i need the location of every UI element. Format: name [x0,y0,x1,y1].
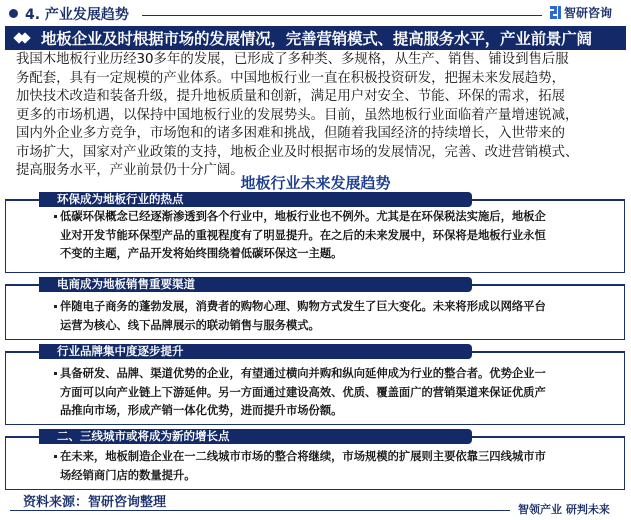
trends-subtitle: 地板行业未来发展趋势 [0,172,631,193]
intro-line: 国内外企业多方竞争，市场饱和的诸多困难和挑战，但随着我国经济的持续增长，入世带来… [16,125,621,144]
bullet-dot-icon [9,9,18,18]
trend-card-environmental: 环保成为地板行业的热点 低碳环保概念已经逐渐渗透到各个行业中，地板行业也不例外。… [5,199,625,273]
headline-banner: 地板企业及时根据市场的发展情况，完善营销模式、提高服务水平，产业前景广阔 [5,26,626,50]
bullet-icon [54,372,57,375]
bullet-icon [54,305,57,308]
trend-card-header: 二、三线城市或将成为新的增长点 [39,429,472,444]
trend-card-line: 方面可以向产业链上下游延伸。另一方面通过建设高效、优质、覆盖面广的营销渠道来保证… [54,384,594,403]
trend-card-line: 场经销商门店的数量提升。 [54,467,594,486]
double-diamond-icon [15,32,35,44]
trend-card-line: 不变的主题，产品开发将始终围绕着低碳环保这一主题。 [54,245,594,264]
trend-card-line: 业对开发节能环保型产品的重视程度有了明显提升。在之后的未来发展中，环保将是地板行… [54,227,594,246]
trend-card-body: 低碳环保概念已经逐渐渗透到各个行业中，地板行业也不例外。尤其是在环保税法实施后，… [54,208,594,264]
trend-card-line: 伴随电子商务的蓬勃发展，消费者的购物心理、购物方式发生了巨大变化。未来将形成以网… [60,300,546,313]
trend-card-line: 低碳环保概念已经逐渐渗透到各个行业中，地板行业也不例外。尤其是在环保税法实施后，… [60,210,546,223]
brand-logo-icon [550,6,561,19]
intro-paragraph: 我国木地板行业历经30多年的发展，已形成了多种类、多规格，从生产、销售、铺设到售… [16,51,621,181]
headline-text: 地板企业及时根据市场的发展情况，完善营销模式、提高服务水平，产业前景广阔 [41,27,592,49]
trend-card-title: 电商成为地板销售重要渠道 [57,277,195,292]
trend-card-header: 环保成为地板行业的热点 [39,192,472,207]
trend-card-line: 在未来，地板制造企业在一二线城市市场的整合将继续，市场规模的扩展则主要依靠三四线… [60,450,546,463]
source-note: 资料来源：智研咨询整理 [23,491,166,510]
trend-card-body: 伴随电子商务的蓬勃发展，消费者的购物心理、购物方式发生了巨大变化。未来将形成以网… [54,298,594,335]
section-title: 4. 产业发展趋势 [25,4,129,24]
brand-logo: 智研咨询 [550,4,612,21]
intro-line: 我国木地板行业历经30多年的发展，已形成了多种类、多规格，从生产、销售、铺设到售… [16,51,621,70]
trend-card-header: 电商成为地板销售重要渠道 [39,277,472,292]
trend-card-brand-concentration: 行业品牌集中度逐步提升 具备研发、品牌、渠道优势的企业，有望通过横向并购和纵向延… [5,351,625,425]
section-header: 4. 产业发展趋势 智研咨询 [0,0,631,28]
bullet-icon [54,455,57,458]
bullet-icon [54,215,57,218]
trend-card-title: 环保成为地板行业的热点 [57,192,184,207]
trend-card-title: 行业品牌集中度逐步提升 [57,344,184,359]
header-divider [142,15,542,16]
trend-card-line: 运营为核心、线下品牌展示的联动销售与服务模式。 [54,317,594,336]
intro-line: 加快技术改造和装备升级，提升地板质量和创新，满足用户对安全、节能、环保的需求，拓… [16,88,621,107]
intro-line: 务配套，具有一定规模的产业体系。中国地板行业一直在积极投资研发，把握未来发展趋势… [16,70,621,89]
footer-divider [10,510,510,511]
trend-card-lower-tier-cities: 二、三线城市或将成为新的增长点 在未来，地板制造企业在一二线城市市场的整合将继续… [5,436,625,490]
trend-card-title: 二、三线城市或将成为新的增长点 [57,429,230,444]
intro-line: 更多的市场机遇，以保持中国地板行业的发展势头。目前，虽然地板行业面临着产量增速锐… [16,107,621,126]
brand-name: 智研咨询 [564,4,612,21]
trend-card-line: 具备研发、品牌、渠道优势的企业，有望通过横向并购和纵向延伸成为行业的整合者。优势… [60,367,546,380]
intro-line: 市场扩大，国家对产业政策的支持，地板企业及时根据市场的发展情况，完善、改进营销模… [16,144,621,163]
trend-card-ecommerce: 电商成为地板销售重要渠道 伴随电子商务的蓬勃发展，消费者的购物心理、购物方式发生… [5,284,625,340]
trend-card-body: 具备研发、品牌、渠道优势的企业，有望通过横向并购和纵向延伸成为行业的整合者。优势… [54,365,594,421]
trend-card-body: 在未来，地板制造企业在一二线城市市场的整合将继续，市场规模的扩展则主要依靠三四线… [54,448,594,485]
brand-slogan: 智领产业 研判未来 [518,501,610,517]
trend-card-line: 品推向市场，形成产销一体化优势，进而提升市场份额。 [54,402,594,421]
trend-card-header: 行业品牌集中度逐步提升 [39,344,472,359]
